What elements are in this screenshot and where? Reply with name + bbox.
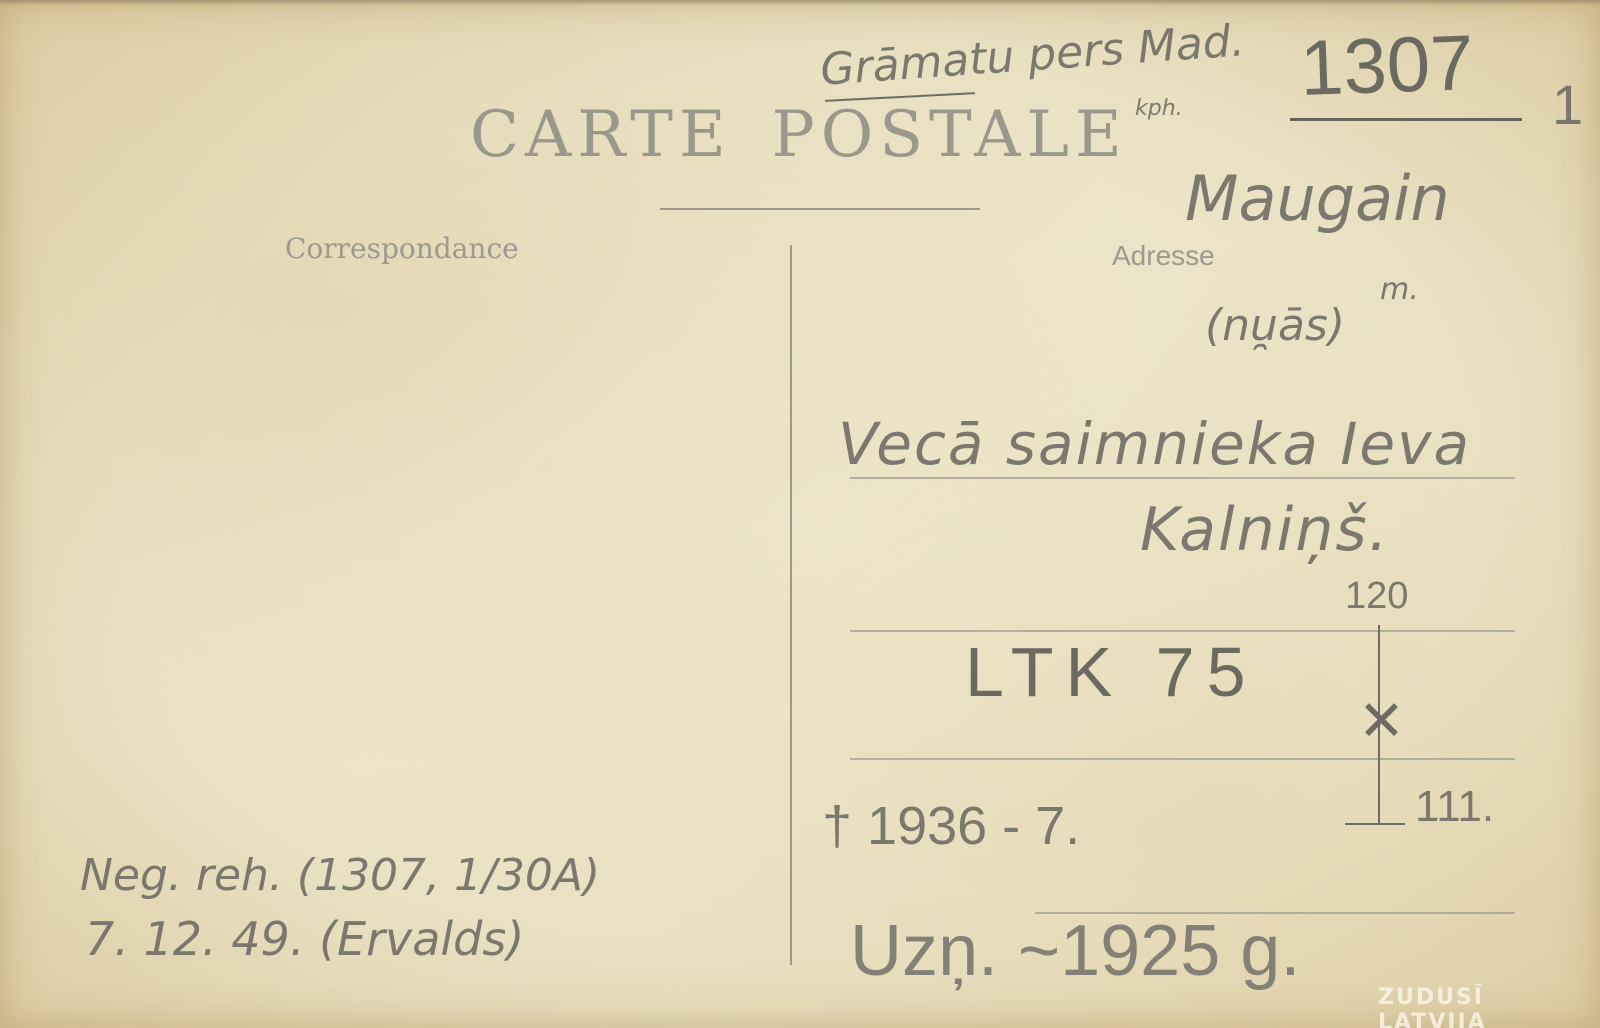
address-label: Adresse [1112, 240, 1215, 272]
death-note: † 1936 - 7. [822, 795, 1080, 857]
archive-code: LTK 75 [965, 632, 1258, 712]
watermark: ZUDUSĪ LATVIJA [1378, 985, 1600, 1028]
correspondence-label: Correspondance [285, 232, 519, 265]
recipient-line-1: Vecā saimnieka Ieva [838, 410, 1471, 478]
catalog-number-underline [1290, 118, 1522, 121]
top-note-sub: kph. [1135, 96, 1183, 121]
place-note: (nu̯ās) [1205, 300, 1345, 351]
title-carte: CARTE [470, 98, 732, 172]
dimension-top: 120 [1345, 575, 1408, 618]
dimension-bottom: 111. [1415, 782, 1494, 832]
year-note: Uzņ. ~1925 g. [850, 910, 1300, 992]
catalog-suffix: 1 [1552, 72, 1583, 137]
recipient-line-2: Kalniņš. [1140, 495, 1390, 565]
postcard-back: CARTEPOSTALE Correspondance Adresse Grām… [0, 0, 1600, 1028]
printed-title: CARTEPOSTALE [470, 98, 1128, 172]
title-postale: POSTALE [772, 98, 1128, 172]
place-note-sup: m. [1380, 272, 1419, 307]
catalog-number: 1307 [1298, 17, 1475, 114]
dimension-cross-icon: ✕ [1358, 688, 1405, 754]
card-top-edge [0, 0, 1600, 6]
center-divider [790, 245, 792, 965]
top-note: Grāmatu pers Mad. [819, 15, 1246, 96]
title-rule [660, 208, 980, 210]
negative-note-line-1: Neg. reh. (1307, 1/30A) [80, 850, 600, 901]
negative-note-line-2: 7. 12. 49. (Ervalds) [85, 912, 524, 966]
address-line-3 [850, 758, 1515, 760]
place-name: Maugain [1185, 162, 1450, 235]
dimension-line-horizontal [1345, 823, 1405, 825]
